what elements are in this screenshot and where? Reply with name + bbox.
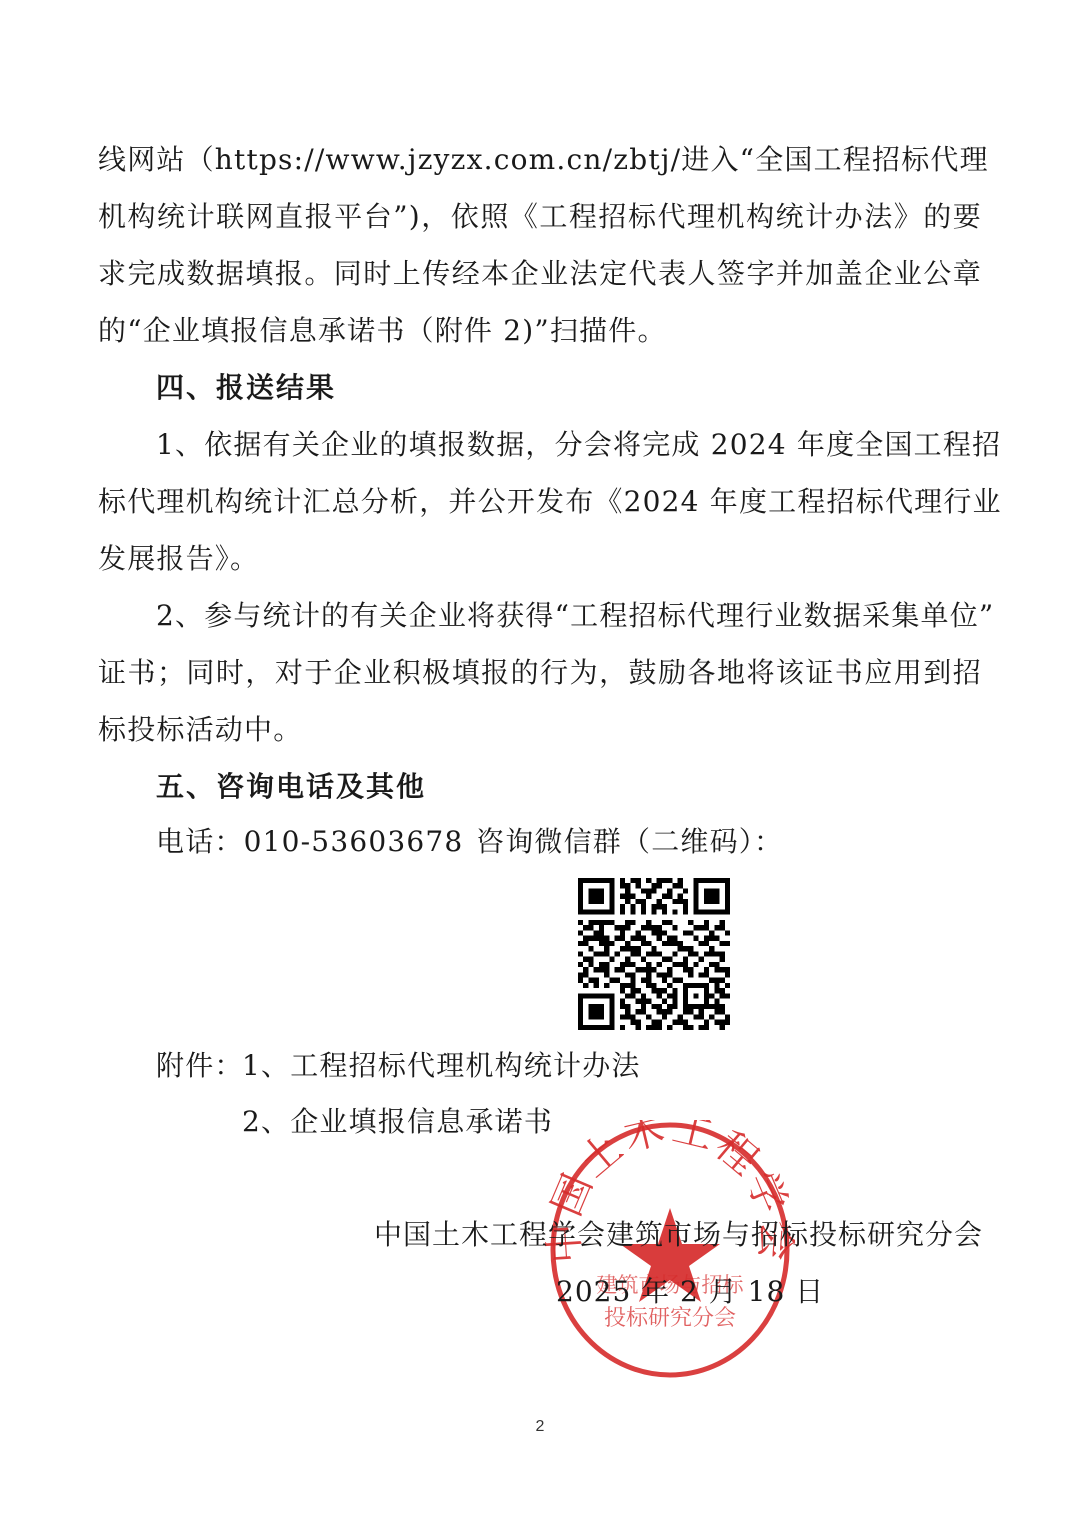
paragraph-line: 2、参与统计的有关企业将获得“工程招标代理行业数据采集单位” (156, 596, 982, 636)
paragraph-line: 机构统计联网直报平台”)，依照《工程招标代理机构统计办法》的要 (98, 197, 982, 237)
attachment-item-2: 2、企业填报信息承诺书 (242, 1102, 553, 1142)
paragraph-line: 发展报告》。 (98, 539, 982, 579)
attachment-item-1: 1、工程招标代理机构统计办法 (242, 1046, 641, 1086)
signature-date: 2025 年 2 月 18 日 (556, 1272, 824, 1312)
paragraph-line: 1、依据有关企业的填报数据，分会将完成 2024 年度全国工程招 (156, 425, 982, 465)
signature-organization: 中国土木工程学会建筑市场与招标投标研究分会 (374, 1215, 983, 1255)
wechat-label: 咨询微信群（二维码）： (476, 822, 783, 862)
section-heading-5: 五、咨询电话及其他 (156, 767, 426, 807)
paragraph-line: 线网站（https://www.jzyzx.com.cn/zbtj/进入“全国工… (98, 140, 982, 180)
attachments-label: 附件： (156, 1046, 244, 1086)
paragraph-line: 标投标活动中。 (98, 710, 982, 750)
paragraph-line: 标代理机构统计汇总分析，并公开发布《2024 年度工程招标代理行业 (98, 482, 982, 522)
qr-code-icon (578, 878, 730, 1030)
page-number: 2 (0, 1418, 1080, 1436)
paragraph-line: 的“企业填报信息承诺书（附件 2)”扫描件。 (98, 311, 982, 351)
paragraph-line: 证书；同时，对于企业积极填报的行为，鼓励各地将该证书应用到招 (98, 653, 982, 693)
contact-phone: 电话：010-53603678 (156, 822, 463, 862)
section-heading-4: 四、报送结果 (156, 368, 336, 408)
paragraph-line: 求完成数据填报。同时上传经本企业法定代表人签字并加盖企业公章 (98, 254, 982, 294)
